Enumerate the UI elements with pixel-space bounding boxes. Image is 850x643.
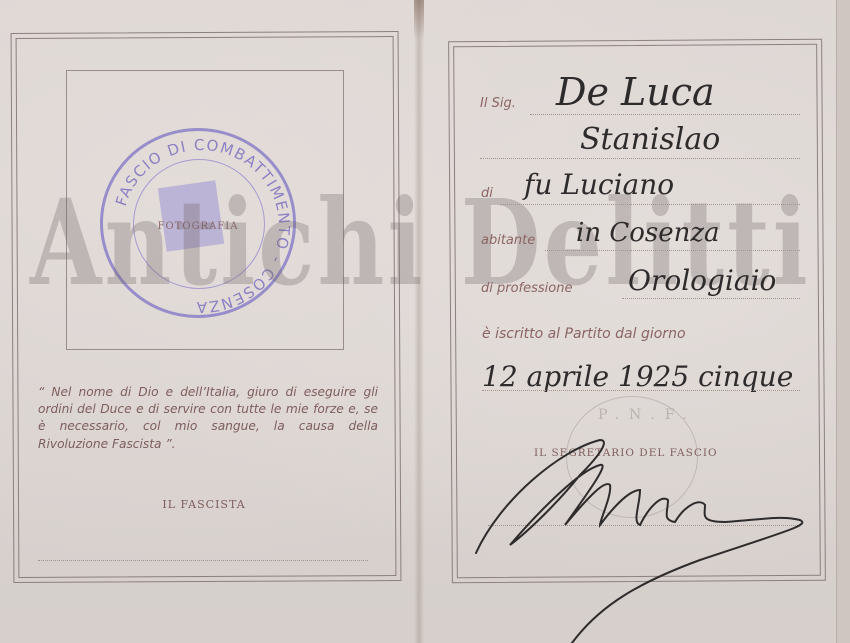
- field-label-sig: Il Sig.: [480, 96, 516, 111]
- field-label-professione: di professione: [481, 281, 572, 296]
- book-spine: [414, 0, 424, 643]
- dotline-4: [545, 250, 800, 251]
- dotline-2: [480, 158, 800, 159]
- dotline-1: [530, 114, 800, 115]
- segretario-label: IL SEGRETARIO DEL FASCIO: [534, 447, 718, 459]
- faded-pnf-stamp-text: P.N.F.: [598, 407, 697, 423]
- field-value-surname: De Luca: [556, 70, 715, 114]
- segretario-signature-line: [488, 525, 800, 526]
- field-label-di: di: [481, 186, 493, 201]
- fascista-signature-line: [38, 560, 368, 561]
- field-value-residence: in Cosenza: [576, 218, 720, 248]
- field-value-firstname: Stanislao: [580, 122, 720, 157]
- oath-text: “ Nel nome di Dio e dell’Italia, giuro d…: [38, 384, 378, 453]
- field-value-father: fu Luciano: [524, 168, 674, 201]
- spine-stain: [414, 0, 424, 40]
- dotline-5: [622, 298, 800, 299]
- next-page-edge: [836, 0, 850, 643]
- enrollment-label: è iscritto al Partito dal giorno: [482, 326, 686, 342]
- enrollment-date: 12 aprile 1925 cinque: [482, 360, 793, 393]
- dotline-3: [500, 204, 800, 205]
- dotline-6: [482, 390, 800, 391]
- photo-placeholder-label: FOTOGRAFIA: [0, 221, 408, 232]
- field-label-abitante: abitante: [481, 233, 535, 248]
- fascista-signature-label: IL FASCISTA: [0, 498, 408, 511]
- field-value-profession: Orologiaio: [628, 264, 776, 297]
